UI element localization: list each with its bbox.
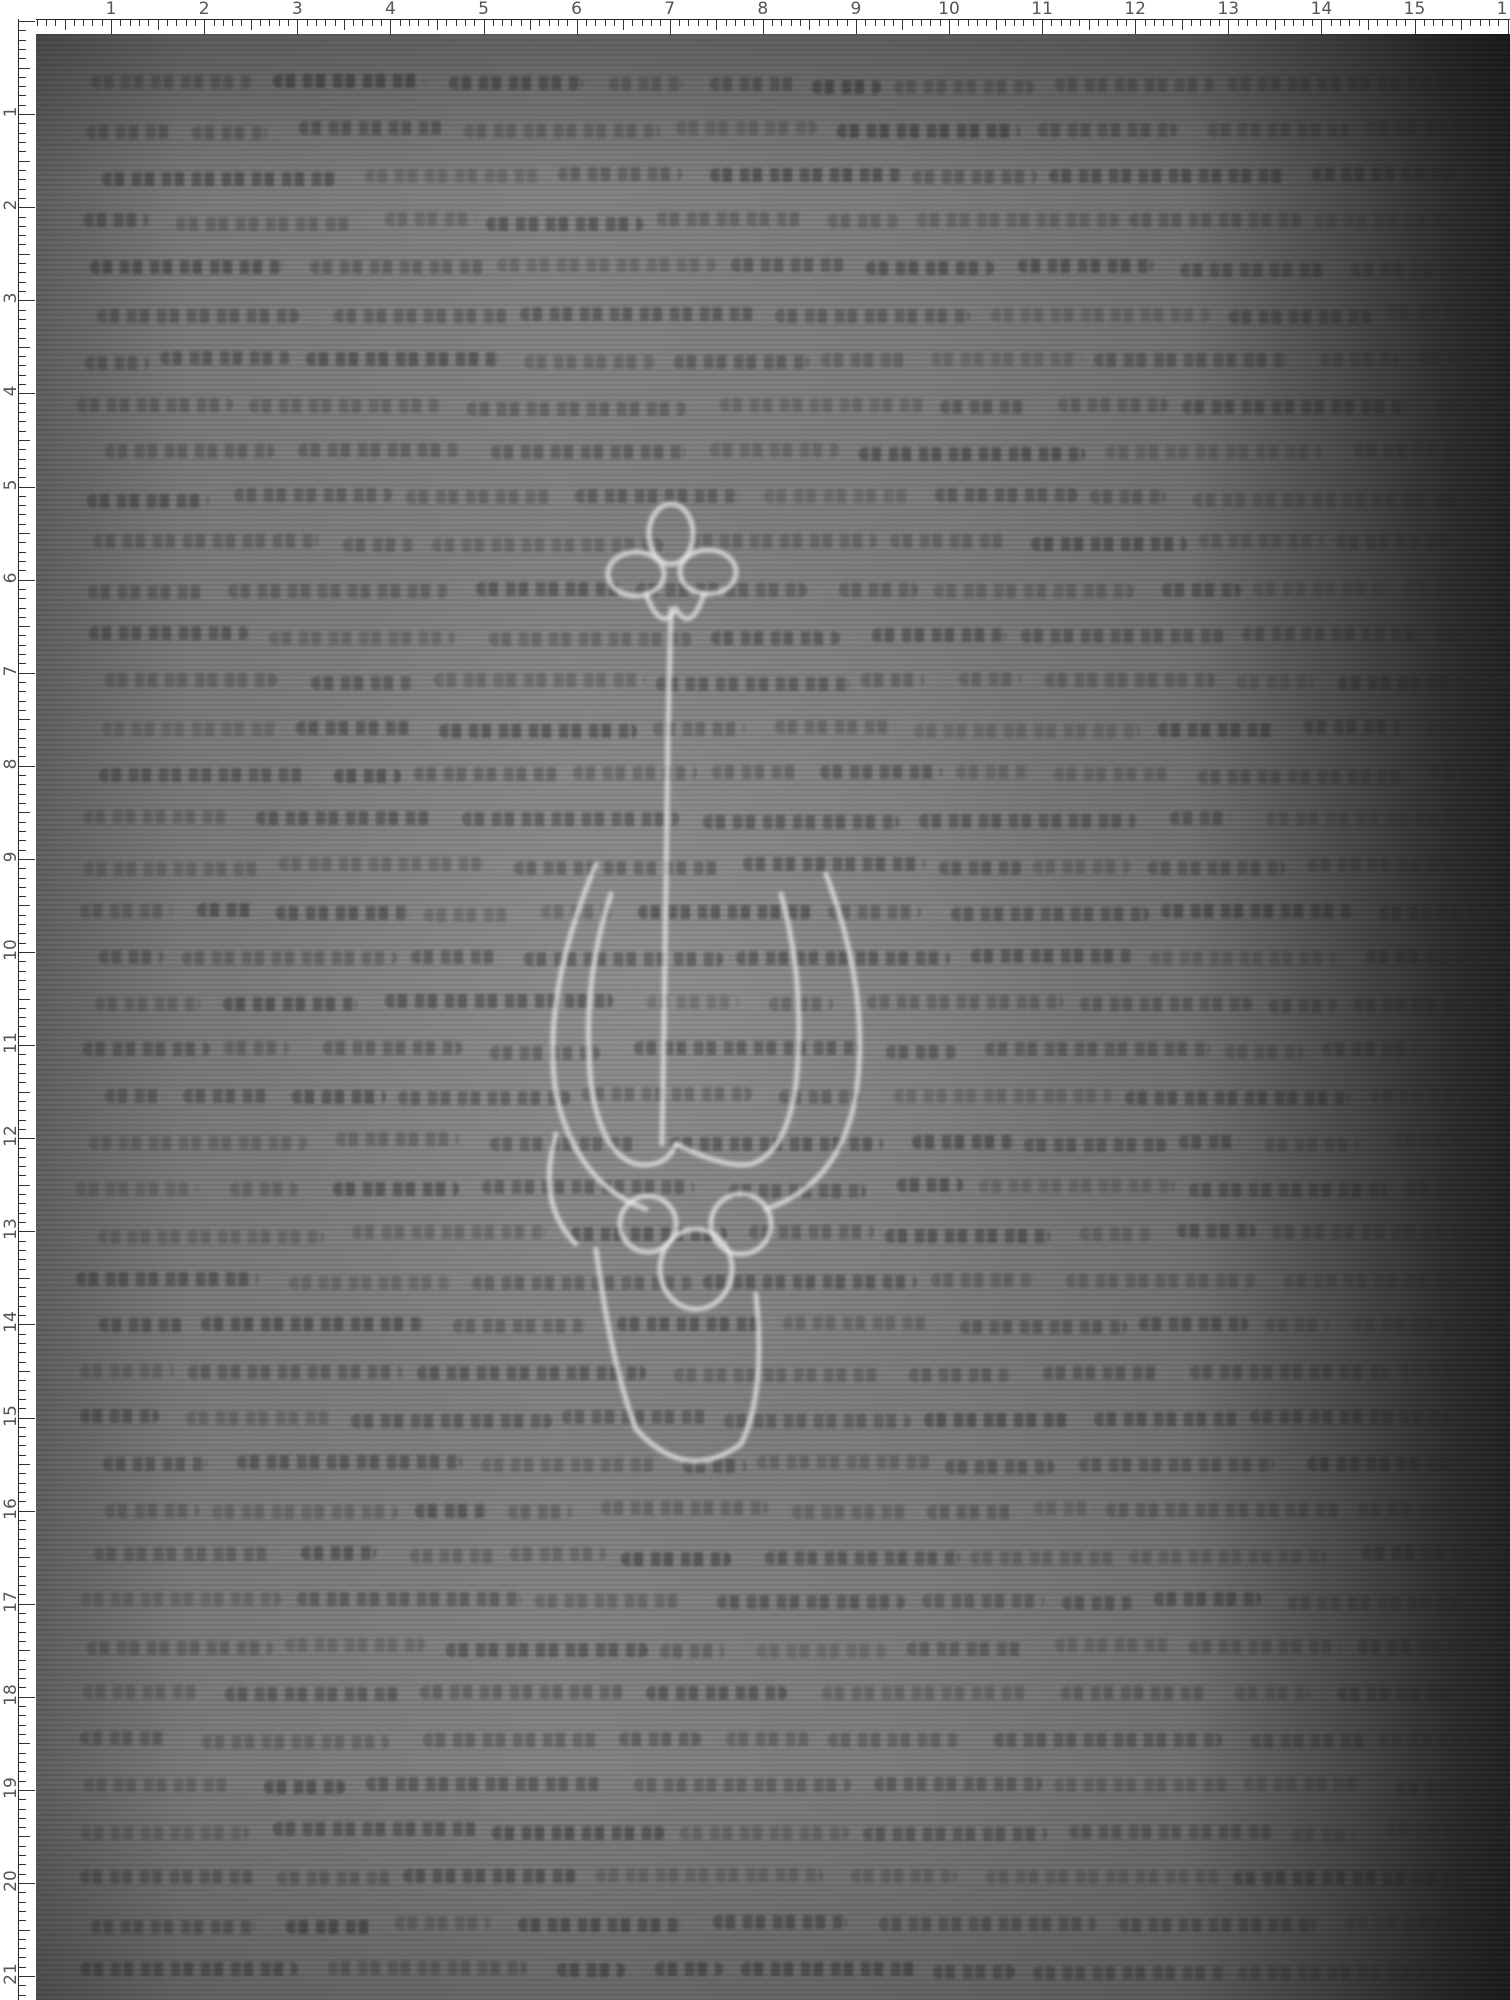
ruler-tick — [279, 19, 280, 26]
ruler-tick — [1396, 19, 1397, 26]
ruler-tick — [18, 840, 26, 841]
ruler-tick — [1480, 19, 1481, 26]
ruler-tick — [18, 878, 26, 879]
ruler-tick — [502, 19, 503, 26]
ruler-tick — [18, 1678, 26, 1679]
ruler-tick — [18, 542, 26, 543]
ruler-tick — [586, 19, 587, 26]
ruler-tick — [18, 86, 26, 87]
ruler-tick — [577, 19, 578, 34]
ruler-tick — [18, 1660, 26, 1661]
ruler-tick — [791, 19, 792, 26]
ruler-tick — [18, 217, 26, 218]
ruler-tick — [18, 1455, 26, 1456]
ruler-tick — [18, 654, 26, 655]
ruler-tick — [1387, 19, 1388, 26]
ruler-tick — [1508, 19, 1509, 34]
ruler-tick — [884, 19, 885, 26]
ruler-tick — [390, 19, 391, 34]
ruler-tick — [744, 19, 745, 26]
ruler-tick — [1293, 19, 1294, 26]
ruler-tick — [18, 1092, 30, 1093]
ruler-tick — [18, 905, 30, 906]
ruler-tick — [18, 1641, 26, 1642]
ruler-tick — [18, 1175, 26, 1176]
ruler-tick — [307, 19, 308, 26]
ruler-tick — [362, 19, 363, 26]
ruler-tick — [18, 1585, 26, 1586]
ruler-tick — [18, 403, 26, 404]
ruler-tick — [1163, 19, 1164, 26]
ruler-left-label: 13 — [1, 1218, 21, 1240]
ruler-tick — [1303, 19, 1304, 26]
ruler-tick — [18, 1082, 26, 1083]
ruler-top-label: 1 — [1497, 0, 1508, 19]
ruler-tick — [18, 1306, 26, 1307]
ruler-tick — [707, 19, 708, 26]
ruler-tick — [18, 412, 26, 413]
ruler-top-label: 8 — [757, 0, 768, 19]
ruler-tick — [241, 19, 242, 26]
ruler-tick — [1107, 19, 1108, 26]
ruler-tick — [800, 19, 801, 26]
ruler-tick — [856, 19, 857, 34]
ruler-tick — [18, 803, 26, 804]
ruler-tick — [474, 19, 475, 26]
ruler-tick — [18, 1269, 26, 1270]
ruler-tick — [1200, 19, 1201, 26]
ruler-tick — [632, 19, 633, 26]
ruler-tick — [1145, 19, 1146, 26]
ruler-tick — [18, 1241, 26, 1242]
ruler-tick — [18, 831, 26, 832]
ruler-tick — [18, 1734, 26, 1735]
ruler-tick — [344, 19, 345, 30]
ruler-tick — [828, 19, 829, 26]
ruler-tick — [18, 1836, 30, 1837]
ruler-tick — [18, 617, 26, 618]
ruler-tick — [968, 19, 969, 26]
ruler-tick — [735, 19, 736, 26]
ruler-tick — [18, 1008, 26, 1009]
ruler-tick — [660, 19, 661, 26]
ruler-tick — [18, 1753, 26, 1754]
ruler-tick — [18, 1539, 26, 1540]
ruler-tick — [18, 1948, 26, 1949]
ruler-tick — [130, 19, 131, 26]
ruler-tick — [18, 95, 26, 96]
ruler-tick — [1172, 19, 1173, 26]
ruler-tick — [456, 19, 457, 26]
ruler-tick — [18, 561, 26, 562]
ruler-tick — [493, 19, 494, 26]
ruler-tick — [1256, 19, 1257, 26]
ruler-tick — [1452, 19, 1453, 26]
ruler-tick — [18, 710, 26, 711]
ruler-tick — [18, 254, 30, 255]
ruler-tick — [18, 635, 26, 636]
ruler-tick — [1098, 19, 1099, 26]
ruler-tick — [18, 1101, 26, 1102]
ruler-tick — [18, 1120, 26, 1121]
ruler-tick — [111, 19, 112, 34]
ruler-tick — [18, 1632, 26, 1633]
ruler-tick — [18, 784, 26, 785]
ruler-tick — [1033, 19, 1034, 26]
ruler-left-label: 15 — [1, 1405, 21, 1427]
ruler-tick — [18, 645, 26, 646]
ruler-tick — [18, 1939, 26, 1940]
ruler-tick — [288, 19, 289, 26]
ruler-tick — [18, 1287, 26, 1288]
ruler-tick — [1415, 19, 1416, 34]
ruler-tick — [18, 999, 30, 1000]
ruler-tick — [18, 1743, 30, 1744]
ruler-tick — [18, 319, 26, 320]
ruler-tick — [1089, 19, 1090, 30]
ruler-tick — [18, 1846, 26, 1847]
ruler-left-label: 3 — [1, 287, 21, 309]
ruler-left-label: 7 — [1, 660, 21, 682]
ruler-tick — [1266, 19, 1267, 26]
ruler-left-label: 1 — [1, 101, 21, 123]
ruler-tick — [1340, 19, 1341, 26]
ruler-tick — [18, 1855, 26, 1856]
ruler-tick — [1284, 19, 1285, 26]
ruler-tick — [698, 19, 699, 26]
ruler-left-label: 11 — [1, 1032, 21, 1054]
ruler-tick — [679, 19, 680, 26]
ruler-tick — [1247, 19, 1248, 26]
ruler-left-label: 6 — [1, 567, 21, 589]
ruler-tick — [18, 1334, 26, 1335]
ruler-tick — [921, 19, 922, 26]
ruler-tick — [18, 272, 26, 273]
ruler-tick — [18, 1064, 26, 1065]
ruler-tick — [521, 19, 522, 26]
ruler-tick — [18, 1725, 26, 1726]
ruler-left-label: 2 — [1, 194, 21, 216]
ruler-tick — [232, 19, 233, 26]
ruler-tick — [18, 21, 35, 22]
ruler-tick — [18, 347, 30, 348]
ruler-tick — [18, 1390, 26, 1391]
ruler-tick — [74, 19, 75, 26]
ruler-tick — [1079, 19, 1080, 26]
ruler-left-label: 14 — [1, 1311, 21, 1333]
ruler-tick — [670, 19, 671, 34]
ruler-left-label: 10 — [1, 939, 21, 961]
ruler-top-label: 11 — [1031, 0, 1053, 19]
ruler-top-label: 3 — [292, 0, 303, 19]
ruler-tick — [325, 19, 326, 26]
ruler-tick — [316, 19, 317, 26]
ruler-tick — [400, 19, 401, 26]
ruler-tick — [18, 133, 26, 134]
ruler-top-label: 13 — [1217, 0, 1239, 19]
ruler-tick — [912, 19, 913, 26]
ruler-tick — [186, 19, 187, 26]
ruler-tick — [781, 19, 782, 26]
ruler-tick — [18, 822, 26, 823]
ruler-tick — [1042, 19, 1043, 34]
ruler-tick — [18, 598, 26, 599]
ruler-left-label: 5 — [1, 474, 21, 496]
ruler-tick — [1312, 19, 1313, 26]
ruler-tick — [1433, 19, 1434, 26]
ruler-tick — [18, 887, 26, 888]
ruler-tick — [1210, 19, 1211, 26]
ruler-tick — [223, 19, 224, 26]
ruler-top-label: 12 — [1124, 0, 1146, 19]
ruler-top-label: 2 — [199, 0, 210, 19]
ruler-tick — [18, 1110, 26, 1111]
ruler-tick — [18, 1930, 30, 1931]
ruler-tick — [716, 19, 717, 30]
ruler-tick — [18, 915, 26, 916]
ruler-tick — [1498, 19, 1499, 26]
ruler-tick — [18, 49, 26, 50]
ruler-tick — [18, 310, 26, 311]
ruler-tick — [484, 19, 485, 34]
ruler-tick — [958, 19, 959, 26]
ruler-tick — [18, 868, 26, 869]
ruler-tick — [158, 19, 159, 30]
ruler-tick — [1359, 19, 1360, 26]
ruler-top-label: 10 — [938, 0, 960, 19]
ruler-tick — [18, 1250, 26, 1251]
ruler-tick — [18, 1920, 26, 1921]
ruler-tick — [18, 1911, 26, 1912]
ruler-tick — [18, 608, 26, 609]
ruler-tick — [763, 19, 764, 34]
ruler-tick — [1228, 19, 1229, 34]
ruler-tick — [18, 812, 30, 813]
ruler-tick — [18, 440, 30, 441]
ruler-tick — [1154, 19, 1155, 26]
ruler-tick — [18, 505, 26, 506]
ruler-tick — [18, 1185, 30, 1186]
ruler-tick — [18, 1557, 30, 1558]
ruler-tick — [875, 19, 876, 26]
ruler-tick — [102, 19, 103, 26]
ruler-tick — [18, 924, 26, 925]
ruler-tick — [83, 19, 84, 26]
ruler-tick — [18, 933, 26, 934]
ruler-tick — [465, 19, 466, 26]
ruler-tick — [18, 1520, 26, 1521]
ruler-tick — [18, 142, 26, 143]
ruler-tick — [18, 691, 26, 692]
ruler-tick — [977, 19, 978, 26]
ruler-tick — [18, 896, 26, 897]
ruler-tick — [18, 170, 26, 171]
ruler-tick — [65, 19, 66, 30]
ruler-tick — [18, 1809, 26, 1810]
ruler-tick — [18, 524, 26, 525]
ruler-top-label: 6 — [571, 0, 582, 19]
ruler-tick — [18, 552, 26, 553]
ruler-tick — [18, 1566, 26, 1567]
ruler-tick — [120, 19, 121, 26]
ruler-tick — [176, 19, 177, 26]
ruler-tick — [18, 459, 26, 460]
ruler-tick — [18, 514, 26, 515]
ruler-tick — [1461, 19, 1462, 30]
ruler-tick — [18, 1892, 26, 1893]
ruler-tick — [930, 19, 931, 26]
ruler-tick — [18, 1985, 26, 1986]
ruler-tick — [623, 19, 624, 30]
ruler-left-label: 4 — [1, 380, 21, 402]
ruler-tick — [18, 1213, 26, 1214]
ruler-tick — [18, 738, 26, 739]
ruler-tick — [18, 794, 26, 795]
ruler-tick — [558, 19, 559, 26]
ruler-tick — [18, 1362, 26, 1363]
ruler-tick — [18, 282, 26, 283]
ruler-tick — [18, 1762, 26, 1763]
ruler-tick — [18, 1650, 30, 1651]
ruler-tick — [605, 19, 606, 26]
ruler-tick — [1424, 19, 1425, 26]
ruler-tick — [986, 19, 987, 26]
ruler-tick — [595, 19, 596, 26]
ruler-tick — [18, 1194, 26, 1195]
ruler-tick — [18, 1380, 26, 1381]
ruler-tick — [1061, 19, 1062, 26]
ruler-tick — [1191, 19, 1192, 26]
ruler-tick — [18, 1026, 26, 1027]
ruler-tick — [1219, 19, 1220, 26]
horizontal-cm-ruler: 01234567891011121314151 — [0, 0, 1510, 34]
ruler-left-label: 16 — [1, 1498, 21, 1520]
ruler-tick — [18, 338, 26, 339]
ruler-tick — [18, 328, 26, 329]
ruler-tick — [18, 30, 26, 31]
ruler-tick — [372, 19, 373, 26]
ruler-tick — [18, 626, 30, 627]
ruler-left-label: 19 — [1, 1777, 21, 1799]
ruler-tick — [893, 19, 894, 26]
ruler-tick — [1321, 19, 1322, 34]
ruler-tick — [18, 1818, 26, 1819]
ruler-tick — [18, 1445, 26, 1446]
ruler-tick — [1014, 19, 1015, 26]
ruler-tick — [18, 1148, 26, 1149]
ruler-left-label: 18 — [1, 1684, 21, 1706]
ruler-tick — [18, 1771, 26, 1772]
ruler-tick — [1442, 19, 1443, 26]
ruler-tick — [18, 179, 26, 180]
ruler-tick — [1349, 19, 1350, 26]
ruler-tick — [18, 1166, 26, 1167]
ruler-tick — [18, 1352, 26, 1353]
ruler-tick — [18, 1343, 26, 1344]
ruler-tick — [46, 19, 47, 26]
ruler-tick — [18, 1464, 30, 1465]
ruler-tick — [726, 19, 727, 26]
ruler-tick — [18, 356, 26, 357]
ruler-tick — [18, 1706, 26, 1707]
ruler-tick — [837, 19, 838, 26]
ruler-tick — [18, 1492, 26, 1493]
ruler-left-label: 8 — [1, 753, 21, 775]
ruler-tick — [1182, 19, 1183, 30]
ruler-tick — [18, 375, 26, 376]
ruler-tick — [148, 19, 149, 26]
ruler-top-label: 15 — [1404, 0, 1426, 19]
ruler-tick — [1117, 19, 1118, 26]
ruler-tick — [1023, 19, 1024, 26]
ruler-left-label: 12 — [1, 1125, 21, 1147]
ruler-left-label: 21 — [1, 1963, 21, 1985]
ruler-tick — [549, 19, 550, 26]
ruler-tick — [18, 226, 26, 227]
ruler-tick — [902, 19, 903, 30]
ruler-tick — [446, 19, 447, 26]
ruler-left-label: 20 — [1, 1870, 21, 1892]
ruler-tick — [18, 989, 26, 990]
ruler-tick — [18, 1799, 26, 1800]
ruler-tick — [18, 1278, 30, 1279]
ruler-tick — [18, 980, 26, 981]
ruler-tick — [18, 1995, 26, 1996]
ruler-tick — [18, 775, 26, 776]
ruler-tick — [1126, 19, 1127, 26]
ruler-tick — [809, 19, 810, 30]
ruler-tick — [18, 1296, 26, 1297]
flower-watermark-icon — [36, 34, 1510, 2000]
ruler-tick — [18, 1483, 26, 1484]
ruler-tick — [642, 19, 643, 26]
ruler-tick — [195, 19, 196, 26]
ruler-tick — [297, 19, 298, 34]
ruler-tick — [1051, 19, 1052, 26]
ruler-tick — [18, 468, 26, 469]
ruler-tick — [819, 19, 820, 26]
ruler-tick — [18, 1827, 26, 1828]
ruler-tick — [18, 235, 26, 236]
ruler-tick — [865, 19, 866, 26]
ruler-tick — [530, 19, 531, 30]
ruler-tick — [18, 421, 26, 422]
ruler-tick — [18, 1669, 26, 1670]
ruler-tick — [772, 19, 773, 26]
ruler-tick — [1275, 19, 1276, 30]
ruler-tick — [1368, 19, 1369, 30]
ruler-tick — [18, 68, 30, 69]
ruler-tick — [18, 77, 26, 78]
ruler-tick — [18, 1613, 26, 1614]
ruler-tick — [18, 1902, 26, 1903]
ruler-tick — [18, 365, 26, 366]
ruler-tick — [688, 19, 689, 26]
ruler-tick — [1135, 19, 1136, 34]
ruler-tick — [18, 1399, 26, 1400]
ruler-top-label: 1 — [106, 0, 117, 19]
ruler-tick — [949, 19, 950, 34]
ruler-tick — [511, 19, 512, 26]
ruler-tick — [18, 1436, 26, 1437]
ruler-tick — [409, 19, 410, 26]
ruler-top-label: 14 — [1311, 0, 1333, 19]
ruler-tick — [335, 19, 336, 26]
ruler-tick — [18, 431, 26, 432]
ruler-tick — [37, 19, 38, 26]
ruler-tick — [18, 263, 26, 264]
ruler-tick — [1070, 19, 1071, 26]
